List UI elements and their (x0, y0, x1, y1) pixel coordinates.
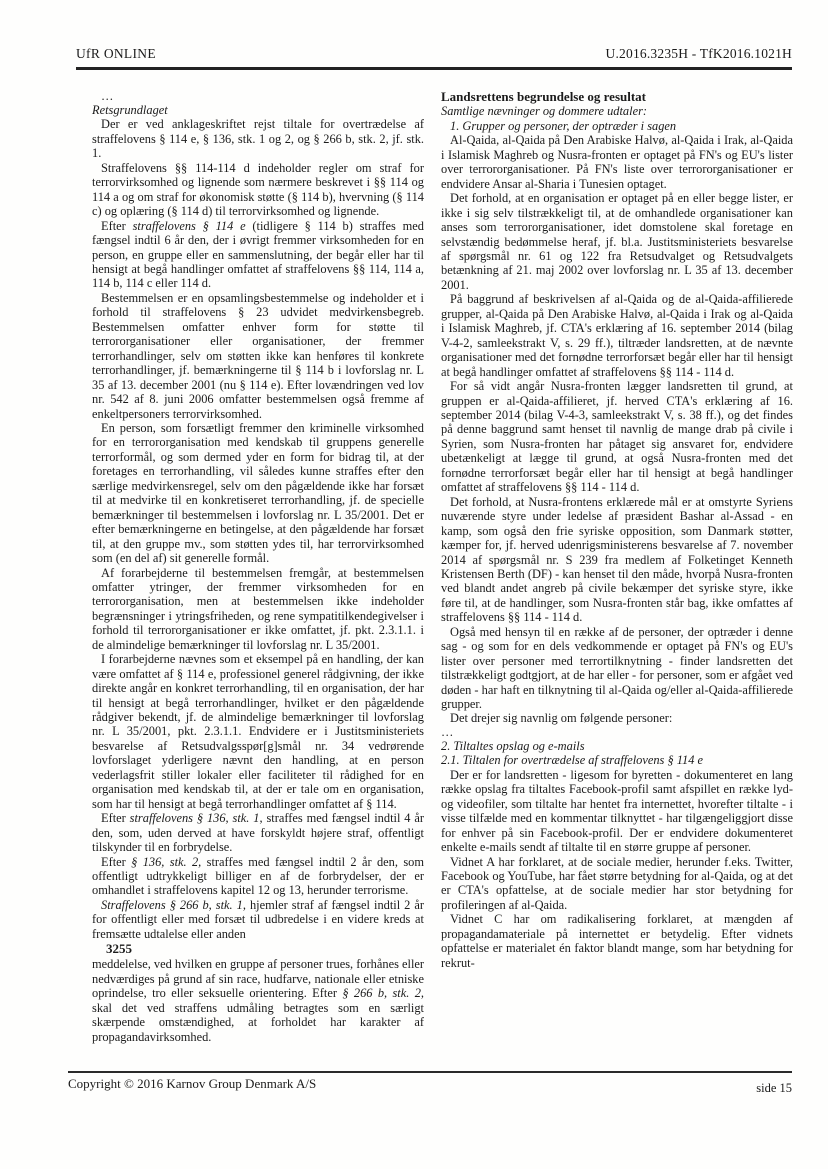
text-run: For så vidt angår Nusra-fronten lægger l… (441, 379, 793, 494)
text-run: straffelovens § 114 e (133, 219, 246, 233)
ellipsis-marker: … (92, 90, 424, 103)
paragraph: I forarbejderne nævnes som et eksempel p… (92, 652, 424, 811)
text-run: Af forarbejderne til bestemmelsen fremgå… (92, 566, 424, 652)
text-run: § 136, stk. 2, (131, 855, 201, 869)
header-publication: UfR ONLINE (76, 46, 156, 62)
text-run: Straffelovens §§ 114-114 d indeholder re… (92, 161, 424, 218)
subsection-heading: 2.1. Tiltalen for overtrædelse af straff… (441, 753, 793, 767)
text-run: Også med hensyn til en række af de perso… (441, 625, 793, 711)
subsection-heading: Samtlige nævninger og dommere udtaler: (441, 104, 793, 118)
footer-copyright: Copyright © 2016 Karnov Group Denmark A/… (68, 1076, 316, 1096)
paragraph: Vidnet A har forklaret, at de sociale me… (441, 855, 793, 913)
paragraph: En person, som forsætligt fremmer den kr… (92, 421, 424, 566)
paragraph: Efter straffelovens § 136, stk. 1, straf… (92, 811, 424, 854)
document-page: UfR ONLINE U.2016.3235H - TfK2016.1021H … (0, 0, 828, 1169)
paragraph: Det forhold, at Nusra-frontens erklærede… (441, 495, 793, 625)
paragraph: Bestemmelsen er en opsamlingsbestemmelse… (92, 291, 424, 421)
right-column: Landsrettens begrundelse og resultatSamt… (441, 90, 793, 970)
text-run: Straffelovens § 266 b, stk. 1, (101, 898, 246, 912)
subsection-heading: 1. Grupper og personer, der optræder i s… (441, 119, 793, 133)
paragraph: Vidnet C har om radikalisering forklaret… (441, 912, 793, 970)
paragraph: Også med hensyn til en række af de perso… (441, 625, 793, 712)
text-run: … (441, 725, 455, 739)
footer-page-number: side 15 (756, 1081, 792, 1096)
text-run: 3255 (106, 941, 132, 956)
paragraph: Al-Qaida, al-Qaida på Den Arabiske Halvø… (441, 133, 793, 191)
paragraph: Det forhold, at en organisation er optag… (441, 191, 793, 292)
text-run: Bestemmelsen er en opsamlingsbestemmelse… (92, 291, 424, 421)
paragraph: Straffelovens § 266 b, stk. 1, hjemler s… (92, 898, 424, 941)
page-footer: Copyright © 2016 Karnov Group Denmark A/… (68, 1071, 792, 1096)
text-run: Det forhold, at en organisation er optag… (441, 191, 793, 292)
text-run: Al-Qaida, al-Qaida på Den Arabiske Halvø… (441, 133, 793, 190)
text-run: Vidnet A har forklaret, at de sociale me… (441, 855, 793, 912)
text-run: Der er for landsretten - ligesom for byr… (441, 768, 793, 854)
text-run: § 266 b, stk. 2, (342, 986, 424, 1000)
text-run: straffelovens § 136, stk. 1, (130, 811, 263, 825)
text-run: … (101, 89, 115, 103)
text-run: Landsrettens begrundelse og resultat (441, 89, 646, 104)
ufr-page-number: 3255 (92, 941, 424, 957)
text-run: I forarbejderne nævnes som et eksempel p… (92, 652, 424, 811)
text-run: 1. Grupper og personer, der optræder i s… (450, 119, 676, 133)
paragraph: Efter straffelovens § 114 e (tidligere §… (92, 219, 424, 291)
text-run: Det forhold, at Nusra-frontens erklærede… (441, 495, 793, 625)
paragraph: Straffelovens §§ 114-114 d indeholder re… (92, 161, 424, 219)
text-run: Samtlige nævninger og dommere udtaler: (441, 104, 647, 118)
paragraph: Efter § 136, stk. 2, straffes med fængse… (92, 855, 424, 898)
page-header: UfR ONLINE U.2016.3235H - TfK2016.1021H (76, 46, 792, 70)
left-column: …RetsgrundlagetDer er ved anklageskrifte… (92, 90, 424, 1044)
text-run: Retsgrundlaget (92, 103, 168, 117)
paragraph: Der er for landsretten - ligesom for byr… (441, 768, 793, 855)
text-run: Vidnet C har om radikalisering forklaret… (441, 912, 793, 969)
text-run: 2. Tiltaltes opslag og e-mails (441, 739, 585, 753)
text-run: Efter (101, 855, 131, 869)
paragraph: Det drejer sig navnlig om følgende perso… (441, 711, 793, 725)
section-heading: Retsgrundlaget (92, 103, 424, 117)
text-run: 2.1. Tiltalen for overtrædelse af straff… (441, 753, 703, 767)
paragraph: For så vidt angår Nusra-fronten lægger l… (441, 379, 793, 495)
ellipsis-marker: … (441, 726, 793, 739)
text-run: Efter (101, 219, 133, 233)
text-run: Efter (101, 811, 130, 825)
subsection-heading: 2. Tiltaltes opslag og e-mails (441, 739, 793, 753)
text-run: Der er ved anklageskriftet rejst tiltale… (92, 117, 424, 160)
text-run: En person, som forsætligt fremmer den kr… (92, 421, 424, 565)
paragraph: Der er ved anklageskriftet rejst tiltale… (92, 117, 424, 160)
paragraph: meddelelse, ved hvilken en gruppe af per… (92, 957, 424, 1044)
paragraph: På baggrund af beskrivelsen af al-Qaida … (441, 292, 793, 379)
header-citation: U.2016.3235H - TfK2016.1021H (606, 46, 792, 62)
text-run: Det drejer sig navnlig om følgende perso… (450, 711, 672, 725)
text-run: På baggrund af beskrivelsen af al-Qaida … (441, 292, 793, 378)
section-heading: Landsrettens begrundelse og resultat (441, 90, 793, 104)
paragraph: Af forarbejderne til bestemmelsen fremgå… (92, 566, 424, 653)
text-run: skal det ved straffens udmåling betragte… (92, 1001, 424, 1044)
